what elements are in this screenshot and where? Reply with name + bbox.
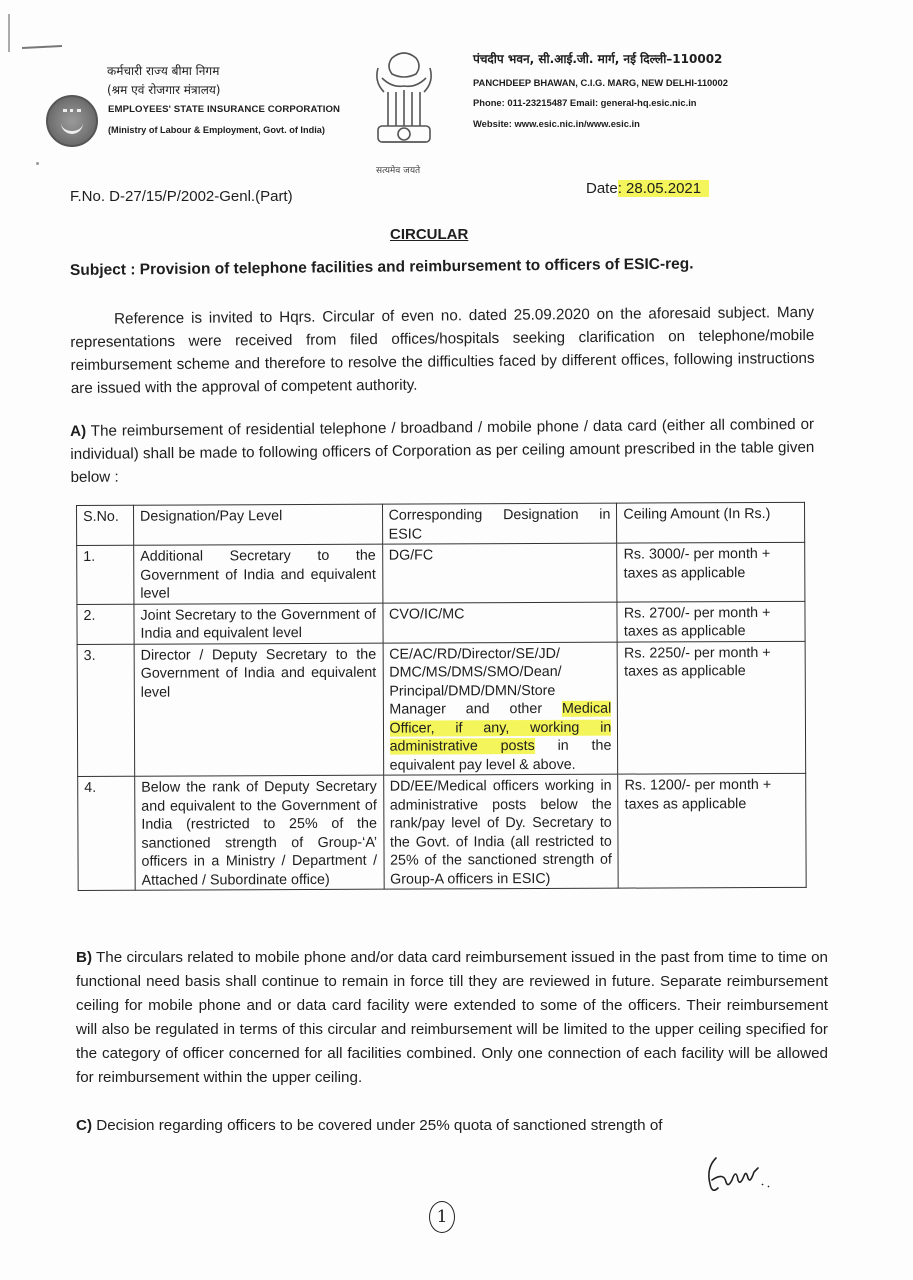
cell-sno: 4. bbox=[78, 776, 135, 890]
esic-designation-text: DG/FC bbox=[389, 547, 434, 563]
file-number: F.No. D-27/15/P/2002-Genl.(Part) bbox=[70, 188, 293, 205]
section-b-text: The circulars related to mobile phone an… bbox=[76, 949, 828, 1086]
emblem-motto: सत्यमेव जयते bbox=[376, 163, 420, 176]
date-label: Date bbox=[586, 180, 618, 197]
address: PANCHDEEP BHAWAN, C.I.G. MARG, NEW DELHI… bbox=[473, 77, 728, 88]
header-esic-designation: Corresponding Designation in ESIC bbox=[382, 503, 617, 544]
ministry-hindi: (श्रम एवं रोजगार मंत्रालय) bbox=[107, 81, 220, 98]
reference-paragraph: Reference is invited to Hqrs. Circular o… bbox=[70, 301, 815, 400]
subject-line: Subject : Provision of telephone facilit… bbox=[70, 255, 694, 280]
date: Date: 28.05.2021 bbox=[586, 180, 709, 197]
date-value: : 28.05.2021 bbox=[618, 180, 709, 197]
cell-ceiling-amount: Rs. 3000/- per month + taxes as applicab… bbox=[617, 542, 805, 601]
cell-sno: 3. bbox=[77, 644, 135, 777]
table-header-row: S.No. Designation/Pay Level Correspondin… bbox=[77, 502, 805, 545]
section-c-paragraph: C) Decision regarding officers to be cov… bbox=[76, 1114, 828, 1137]
page-number: 1 bbox=[429, 1201, 455, 1233]
esic-designation-text: DD/EE/Medical officers working in admini… bbox=[390, 778, 612, 887]
cell-sno: 2. bbox=[77, 604, 134, 644]
header-sno: S.No. bbox=[77, 505, 134, 545]
section-b-lead: B) bbox=[76, 949, 92, 966]
esic-logo-icon bbox=[46, 95, 98, 147]
header-designation: Designation/Pay Level bbox=[133, 504, 382, 545]
section-a-paragraph: A) The reimbursement of residential tele… bbox=[70, 413, 815, 489]
cell-esic-designation: CVO/IC/MC bbox=[382, 602, 617, 643]
esic-designation-text: CVO/IC/MC bbox=[389, 606, 465, 622]
national-emblem-icon bbox=[372, 48, 436, 158]
ceiling-amount-table: S.No. Designation/Pay Level Correspondin… bbox=[76, 502, 807, 891]
cell-ceiling-amount: Rs. 1200/- per month + taxes as applicab… bbox=[618, 773, 806, 888]
section-a-text: The reimbursement of residential telepho… bbox=[70, 416, 814, 486]
section-c-lead: C) bbox=[76, 1117, 92, 1134]
margin-mark bbox=[22, 45, 62, 49]
scan-speck bbox=[36, 162, 39, 165]
cell-designation: Below the rank of Deputy Secretary and e… bbox=[135, 775, 384, 890]
table-row: 4.Below the rank of Deputy Secretary and… bbox=[78, 773, 806, 890]
cell-designation: Additional Secretary to the Government o… bbox=[134, 544, 383, 604]
page-title: CIRCULAR bbox=[390, 226, 468, 243]
website-line: Website: www.esic.nic.in/www.esic.in bbox=[473, 118, 640, 129]
table-row: 3.Director / Deputy Secretary to the Gov… bbox=[77, 641, 806, 777]
org-name: EMPLOYEES' STATE INSURANCE CORPORATION bbox=[108, 104, 340, 115]
cell-ceiling-amount: Rs. 2250/- per month + taxes as applicab… bbox=[617, 641, 805, 774]
signature-icon bbox=[702, 1150, 792, 1200]
section-c-text: Decision regarding officers to be covere… bbox=[92, 1117, 662, 1134]
cell-esic-designation: DG/FC bbox=[382, 543, 617, 603]
section-a-lead: A) bbox=[70, 423, 86, 440]
address-hindi: पंचदीप भवन, सी.आई.जी. मार्ग, नई दिल्ली–1… bbox=[473, 50, 722, 67]
cell-ceiling-amount: Rs. 2700/- per month + taxes as applicab… bbox=[617, 601, 805, 642]
org-ministry: (Ministry of Labour & Employment, Govt. … bbox=[108, 125, 325, 135]
cell-esic-designation: CE/AC/RD/Director/SE/JD/ DMC/MS/DMS/SMO/… bbox=[383, 642, 618, 776]
table-row: 1.Additional Secretary to the Government… bbox=[77, 542, 805, 604]
section-b-paragraph: B) The circulars related to mobile phone… bbox=[76, 946, 828, 1090]
org-name-hindi: कर्मचारी राज्य बीमा निगम bbox=[107, 62, 219, 79]
cell-designation: Joint Secretary to the Government of Ind… bbox=[134, 603, 383, 644]
cell-sno: 1. bbox=[77, 545, 134, 604]
esic-designation-text: CE/AC/RD/Director/SE/JD/ DMC/MS/DMS/SMO/… bbox=[389, 645, 562, 717]
margin-mark bbox=[8, 14, 10, 52]
cell-designation: Director / Deputy Secretary to the Gover… bbox=[134, 643, 383, 777]
contact-line: Phone: 011-23215487 Email: general-hq.es… bbox=[473, 97, 697, 108]
cell-esic-designation: DD/EE/Medical officers working in admini… bbox=[383, 774, 618, 889]
table-row: 2.Joint Secretary to the Government of I… bbox=[77, 601, 805, 644]
header-ceiling-amount: Ceiling Amount (In Rs.) bbox=[617, 502, 805, 543]
